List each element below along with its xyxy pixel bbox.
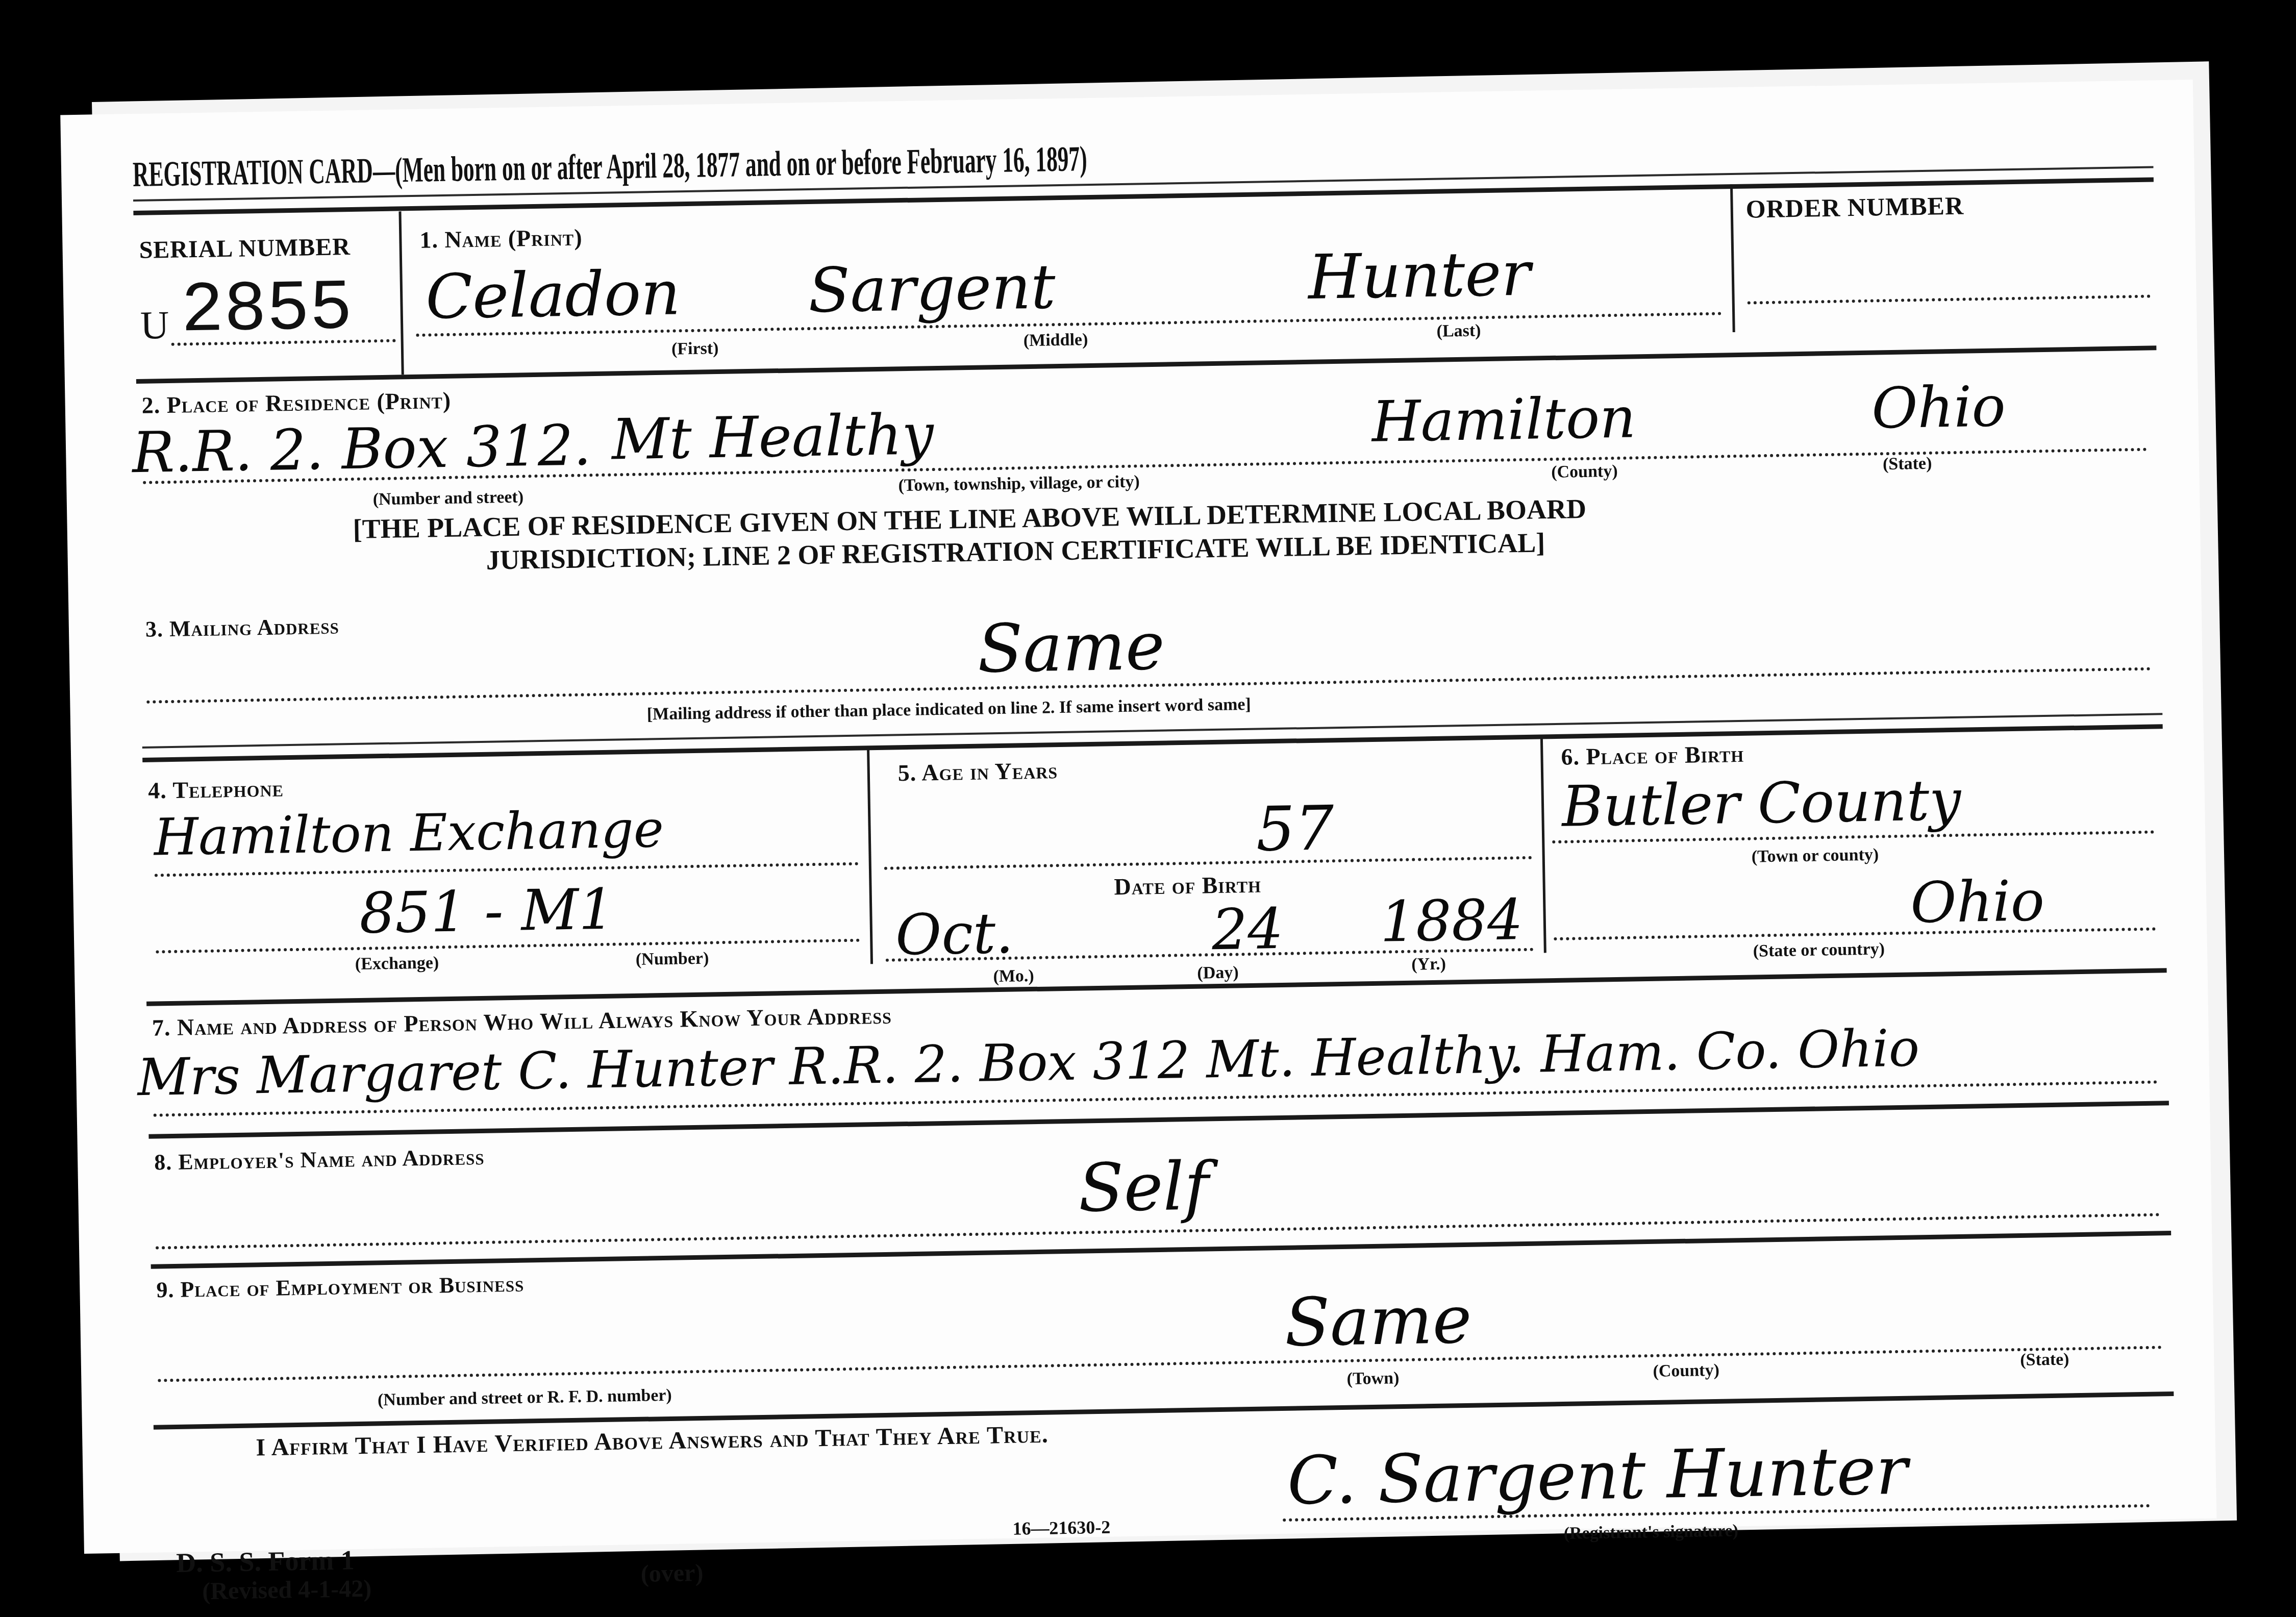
dob-day-caption: (Day) <box>1197 963 1239 983</box>
employment-street-caption: (Number and street or R. F. D. number) <box>378 1386 672 1410</box>
employer-value: Self <box>1078 1147 1209 1227</box>
name-last: Hunter <box>1308 239 1531 313</box>
telephone-exchange-name: Hamilton Exchange <box>154 799 664 867</box>
card-title: REGISTRATION CARD— <box>133 151 395 195</box>
registrant-signature: C. Sargent Hunter <box>1287 1432 1908 1520</box>
employment-line <box>158 1346 2163 1382</box>
name-middle-caption: (Middle) <box>1024 330 1088 351</box>
residence-street-caption: (Number and street) <box>373 487 524 509</box>
row1-rule <box>136 345 2157 384</box>
residence-state-caption: (State) <box>1883 454 1932 475</box>
dob-label: Date of Birth <box>1114 871 1261 901</box>
dob-year-caption: (Yr.) <box>1411 955 1446 975</box>
telephone-exchange-caption: (Exchange) <box>355 953 439 974</box>
registration-card: REGISTRATION CARD—(Men born on or after … <box>60 80 2216 1554</box>
name-middle: Sargent <box>808 252 1056 327</box>
birthplace-town: Butler County <box>1561 767 1961 839</box>
name-label: 1. Name (Print) <box>419 223 583 253</box>
employment-town-caption: (Town) <box>1346 1369 1399 1389</box>
birthplace-state-caption: (State or country) <box>1753 939 1885 961</box>
telephone-number-caption: (Number) <box>636 949 709 969</box>
form-revised: (Revised 4-1-42) <box>202 1575 372 1605</box>
residence-county-caption: (County) <box>1551 462 1618 482</box>
serial-prefix: U <box>140 302 169 349</box>
employment-value: Same <box>1284 1281 1473 1361</box>
residence-county: Hamilton <box>1371 385 1637 455</box>
mailing-label: 3. Mailing Address <box>145 613 340 642</box>
telephone-number: 851 - M1 <box>359 877 615 946</box>
row6-rule <box>146 968 2167 1006</box>
divider-name-order <box>1730 184 1735 332</box>
form-name: D. S. S. Form 1 <box>176 1544 355 1579</box>
divider-serial-name <box>398 211 404 375</box>
birthplace-town-caption: (Town or county) <box>1751 845 1879 867</box>
name-last-caption: (Last) <box>1436 321 1481 341</box>
serial-number-label: SERIAL NUMBER <box>139 233 351 264</box>
birthplace-line-2 <box>1554 928 2156 941</box>
age-label: 5. Age in Years <box>897 757 1058 786</box>
residence-label: 2. Place of Residence (Print) <box>141 387 451 419</box>
card-subtitle: (Men born on or after April 28, 1877 and… <box>395 139 1088 190</box>
over-note: (over) <box>640 1559 703 1588</box>
name-first-caption: (First) <box>671 339 719 359</box>
residence-state: Ohio <box>1871 374 2006 441</box>
dob-year: 1884 <box>1380 887 1524 955</box>
contact-label: 7. Name and Address of Person Who Will A… <box>152 1002 892 1041</box>
employment-state-caption: (State) <box>2020 1350 2069 1370</box>
divider-phone-age <box>867 750 873 964</box>
employer-label: 8. Employer's Name and Address <box>154 1144 485 1176</box>
residence-town-caption: (Town, township, village, or city) <box>898 472 1140 495</box>
signature-caption: (Registrant's signature) <box>1563 1521 1738 1544</box>
employment-county-caption: (County) <box>1653 1361 1719 1381</box>
age-value: 57 <box>1256 793 1335 865</box>
employment-label: 9. Place of Employment or Business <box>156 1271 525 1303</box>
dob-month-caption: (Mo.) <box>993 966 1034 986</box>
mailing-value: Same <box>977 607 1165 688</box>
age-line <box>884 856 1532 870</box>
row7-rule <box>148 1101 2169 1139</box>
residence-town: Mt Healthy <box>611 402 934 472</box>
affirmation-text: I Affirm That I Have Verified Above Answ… <box>256 1421 1049 1462</box>
birthplace-state: Ohio <box>1910 868 2045 935</box>
name-first: Celadon <box>425 258 681 333</box>
order-number-label: ORDER NUMBER <box>1745 191 1964 224</box>
row8-rule <box>151 1231 2172 1269</box>
order-number-line <box>1748 295 2151 305</box>
mailing-caption: [Mailing address if other than place ind… <box>647 695 1251 725</box>
print-code: 16—21630-2 <box>1012 1516 1111 1539</box>
birthplace-label: 6. Place of Birth <box>1561 740 1744 770</box>
divider-age-birth <box>1540 738 1546 953</box>
telephone-label: 4. Telephone <box>148 775 284 804</box>
